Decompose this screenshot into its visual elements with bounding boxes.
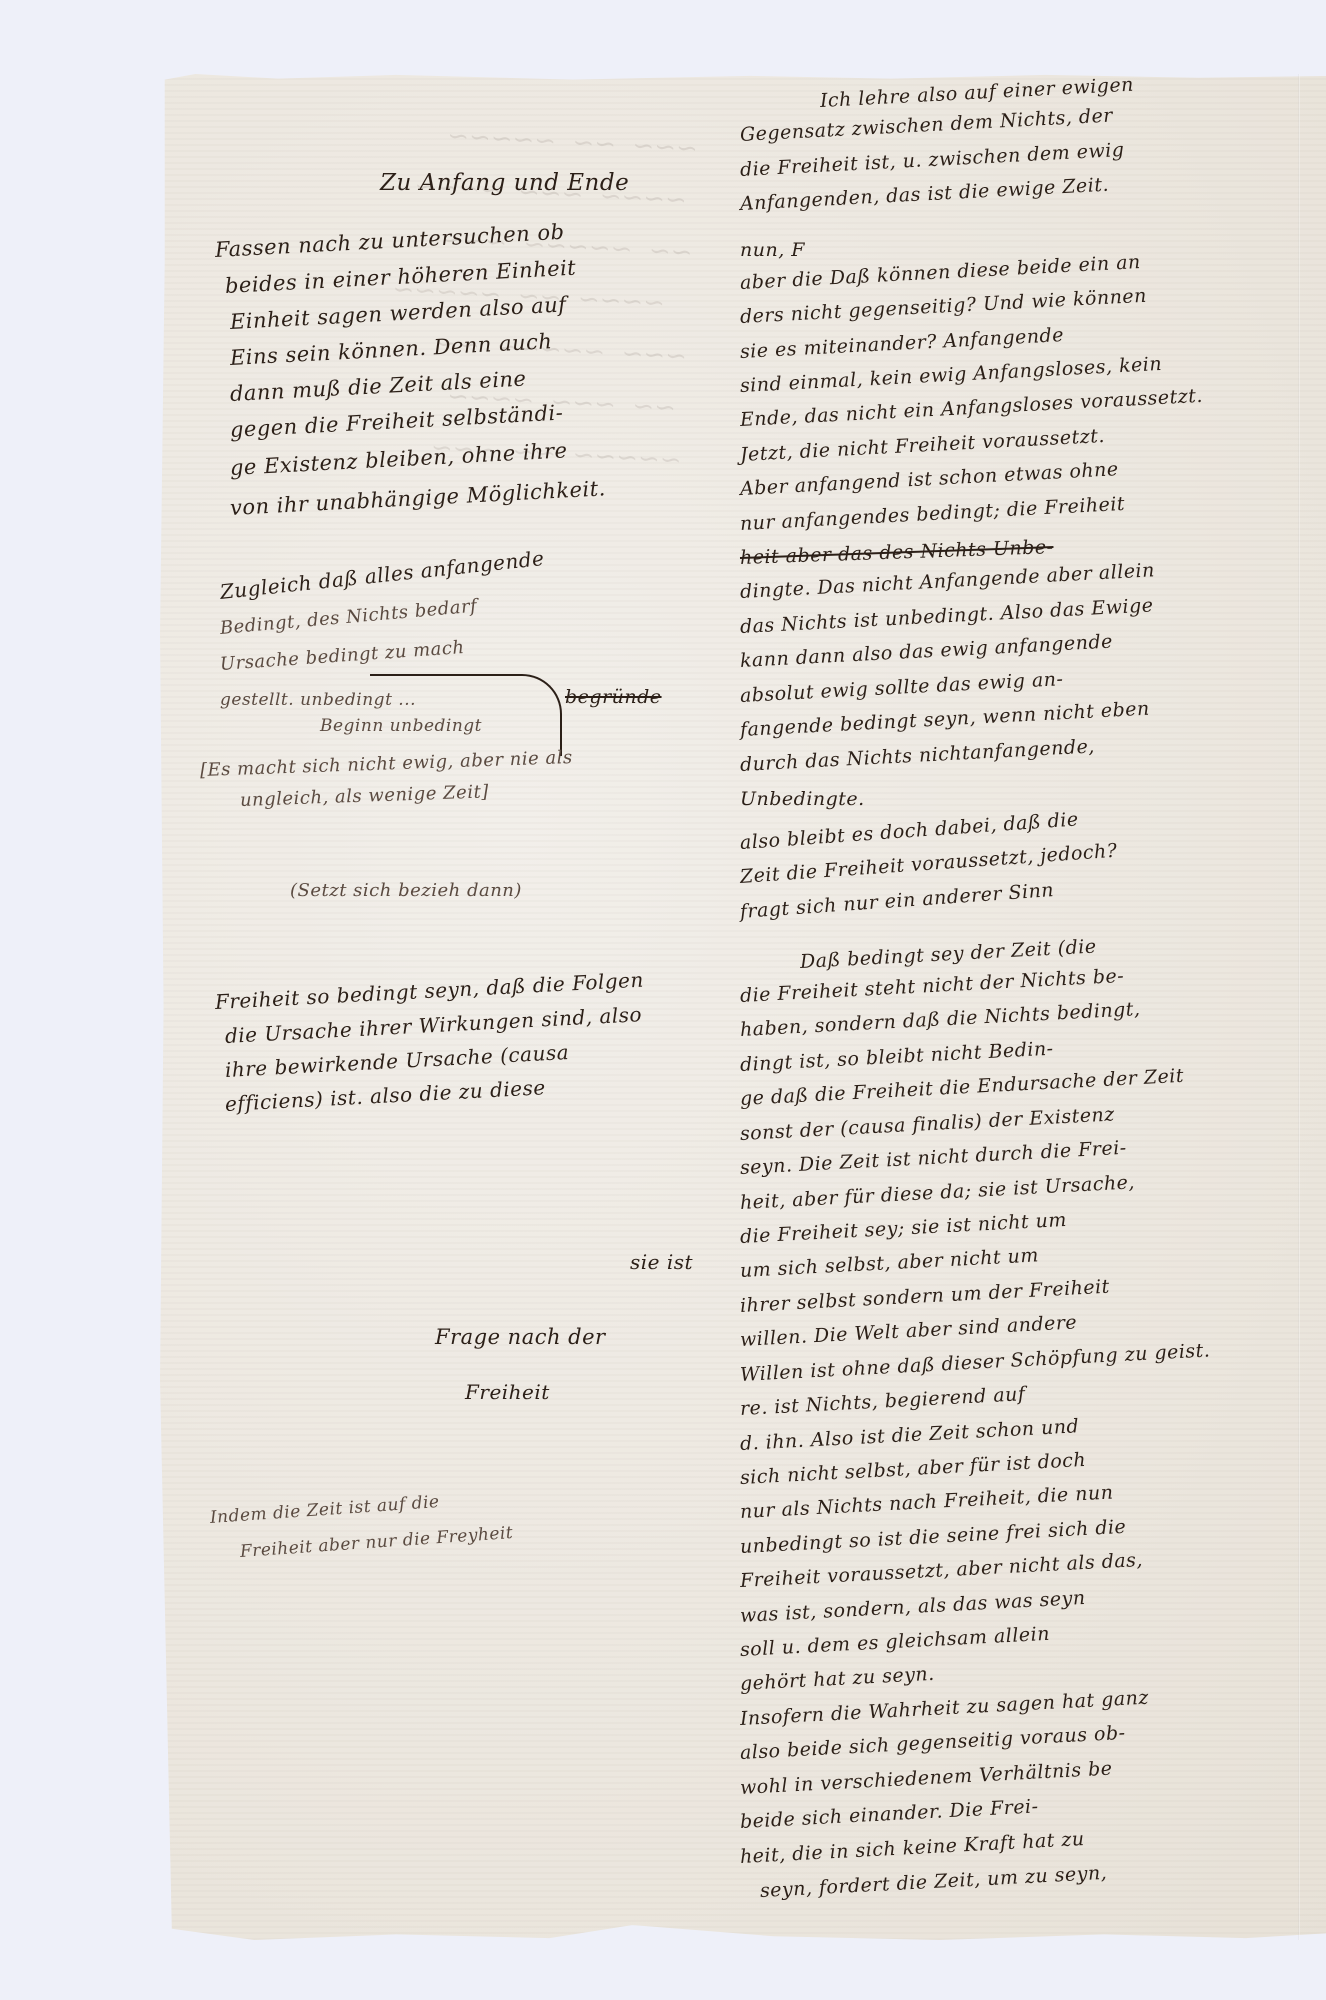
text-line: von ihr unabhängige Möglichkeit. bbox=[229, 476, 606, 520]
text-line: Unbedingte. bbox=[740, 788, 865, 810]
text-line: Anfangenden, das ist die ewige Zeit. bbox=[739, 174, 1109, 215]
text-line: absolut ewig sollte das ewig an- bbox=[739, 668, 1063, 707]
text-line: kann dann also das ewig anfangende bbox=[739, 631, 1113, 673]
text-line: gehört hat zu seyn. bbox=[739, 1663, 935, 1695]
text-line: seyn. Die Zeit ist nicht durch die Frei- bbox=[739, 1137, 1127, 1179]
text-line: gegen die Freiheit selbständi- bbox=[229, 401, 563, 442]
left-block-4: (Setzt sich bezieh dann) bbox=[290, 880, 522, 901]
text-line: soll u. dem es gleichsam allein bbox=[739, 1623, 1050, 1661]
text-line: Daß bedingt sey der Zeit (die bbox=[799, 935, 1097, 973]
text-line: wohl in verschiedenem Verhältnis be bbox=[739, 1757, 1113, 1798]
text-line: ge Existenz bleiben, ohne ihre bbox=[229, 438, 568, 480]
text-line: dingt ist, so bleibt nicht Bedin- bbox=[739, 1037, 1054, 1075]
right-column: Ich lehre also auf einer ewigen Gegensat… bbox=[740, 90, 1300, 1890]
text-line: efficiens) ist. also die zu diese bbox=[224, 1075, 546, 1116]
text-line: nur anfangendes bedingt; die Freiheit bbox=[739, 492, 1125, 534]
text-line: Bedingt, des Nichts bedarf bbox=[219, 596, 478, 639]
text-line: heit, aber für diese da; sie ist Ursache… bbox=[739, 1171, 1135, 1214]
text-line: die Freiheit steht nicht der Nichts be- bbox=[739, 965, 1124, 1007]
note-frage: Frage nach der bbox=[435, 1325, 606, 1349]
text-line: ders nicht gegenseitig? Und wie können bbox=[739, 285, 1147, 328]
text-line: Eins sein können. Denn auch bbox=[229, 329, 553, 370]
text-line: unbedingt so ist die seine frei sich die bbox=[739, 1516, 1126, 1558]
text-line: sie es miteinander? Anfangende bbox=[739, 324, 1064, 363]
text-line: Ursache bedingt zu mach bbox=[219, 637, 465, 675]
text-line: beide sich einander. Die Frei- bbox=[739, 1796, 1039, 1834]
left-column: Zu Anfang und Ende Fassen nach zu unters… bbox=[210, 150, 730, 1650]
text-line: Freiheit aber nur die Freyheit bbox=[239, 1523, 514, 1562]
text-line: fangende bedingt seyn, wenn nicht eben bbox=[739, 698, 1150, 741]
text-line: d. ihn. Also ist die Zeit schon und bbox=[739, 1415, 1079, 1455]
note-sie-ist: sie ist bbox=[630, 1250, 693, 1274]
text-line: Gegensatz zwischen dem Nichts, der bbox=[739, 105, 1113, 147]
text-line: die Freiheit ist, u. zwischen dem ewig bbox=[739, 139, 1125, 181]
text-line: Einheit sagen werden also auf bbox=[229, 292, 567, 334]
text-line: um sich selbst, aber nicht um bbox=[739, 1245, 1039, 1283]
text-line: Fassen nach zu untersuchen ob bbox=[214, 220, 565, 262]
text-line: was ist, sondern, als das was seyn bbox=[739, 1587, 1086, 1627]
text-line: dann muß die Zeit als eine bbox=[229, 366, 527, 405]
text-line: fragt sich nur ein anderer Sinn bbox=[739, 879, 1054, 923]
text-line: Indem die Zeit ist auf die bbox=[209, 1492, 440, 1528]
text-line: sich nicht selbst, aber für ist doch bbox=[739, 1449, 1086, 1489]
text-line: Jetzt, die nicht Freiheit voraussetzt. bbox=[739, 425, 1105, 466]
text-line: ungleich, als wenige Zeit] bbox=[240, 781, 490, 811]
text-line: willen. Die Welt aber sind andere bbox=[739, 1312, 1077, 1352]
left-heading: Zu Anfang und Ende bbox=[380, 170, 629, 196]
text-line: ihrer selbst sondern um der Freiheit bbox=[739, 1275, 1110, 1316]
text-line: haben, sondern daß die Nichts bedingt, bbox=[739, 998, 1141, 1041]
note-freiheit: Freiheit bbox=[465, 1380, 550, 1404]
text-line: sonst der (causa finalis) der Existenz bbox=[739, 1103, 1115, 1145]
text-line: nur als Nichts nach Freiheit, die nun bbox=[739, 1482, 1114, 1524]
text-line-struck: heit aber das des Nichts Unbe- bbox=[740, 536, 1054, 569]
text-line: durch das Nichts nichtanfangende, bbox=[739, 735, 1095, 776]
text-line: re. ist Nichts, begierend auf bbox=[739, 1383, 1025, 1420]
text-line: Freiheit voraussetzt, aber nicht als das… bbox=[739, 1549, 1143, 1592]
text-line: also beide sich gegenseitig voraus ob- bbox=[739, 1722, 1126, 1764]
text-line: Aber anfangend ist schon etwas ohne bbox=[739, 458, 1119, 500]
margin-word: begründe bbox=[565, 686, 662, 708]
text-line: nun, F bbox=[740, 239, 805, 261]
text-line: heit, die in sich keine Kraft hat zu bbox=[739, 1828, 1085, 1868]
text-line: Zugleich daß alles anfangende bbox=[219, 546, 546, 604]
text-line: beides in einer höheren Einheit bbox=[224, 256, 576, 298]
insertion-bracket-line bbox=[370, 674, 562, 756]
text-line: die Freiheit sey; sie ist nicht um bbox=[739, 1209, 1067, 1248]
